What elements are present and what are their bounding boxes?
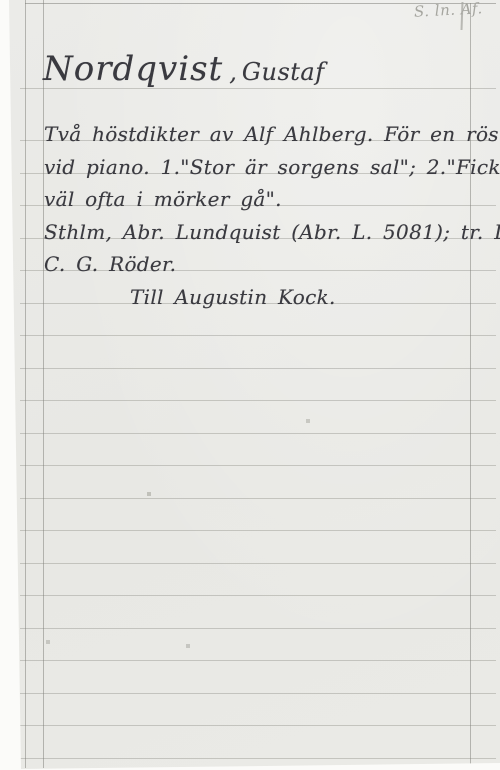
rule-line [20, 368, 496, 369]
left-margin-line-outer [25, 0, 26, 768]
rule-line [20, 498, 496, 499]
rule-line [20, 693, 496, 694]
paper-specks [0, 0, 2, 2]
catalog-card-paper: S. ln. Af. Nordqvist,Gustaf Två höstdikt… [0, 0, 500, 770]
rule-line [20, 530, 496, 531]
entry-line-3: väl ofta i mörker gå". [44, 188, 282, 211]
rule-line [20, 465, 496, 466]
pencil-shelfmark-note: S. ln. Af. [414, 0, 483, 21]
scanned-card-image: S. ln. Af. Nordqvist,Gustaf Två höstdikt… [0, 0, 500, 770]
rule-line [20, 725, 496, 726]
entry-line-dedication: Till Augustin Kock. [130, 286, 336, 309]
heading-surname: Nordqvist [43, 49, 223, 89]
rule-line [20, 595, 496, 596]
right-margin-line [470, 3, 471, 768]
entry-line-2: vid piano. 1."Stor är sorgens sal"; 2."F… [44, 156, 500, 179]
rule-line [20, 758, 496, 759]
rule-line [20, 563, 496, 564]
rule-line [20, 335, 496, 336]
rule-line [20, 628, 496, 629]
rule-line [20, 400, 496, 401]
left-margin-line-inner [43, 0, 44, 768]
card-heading: Nordqvist,Gustaf [43, 49, 325, 92]
rule-line [20, 433, 496, 434]
heading-forename: Gustaf [242, 58, 325, 86]
entry-line-4: Sthlm, Abr. Lundquist (Abr. L. 5081); tr… [44, 221, 500, 244]
entry-line-1: Två höstdikter av Alf Ahlberg. För en rö… [44, 123, 500, 146]
heading-comma: , [229, 58, 238, 86]
rule-line [20, 660, 496, 661]
entry-line-5: C. G. Röder. [44, 253, 176, 276]
